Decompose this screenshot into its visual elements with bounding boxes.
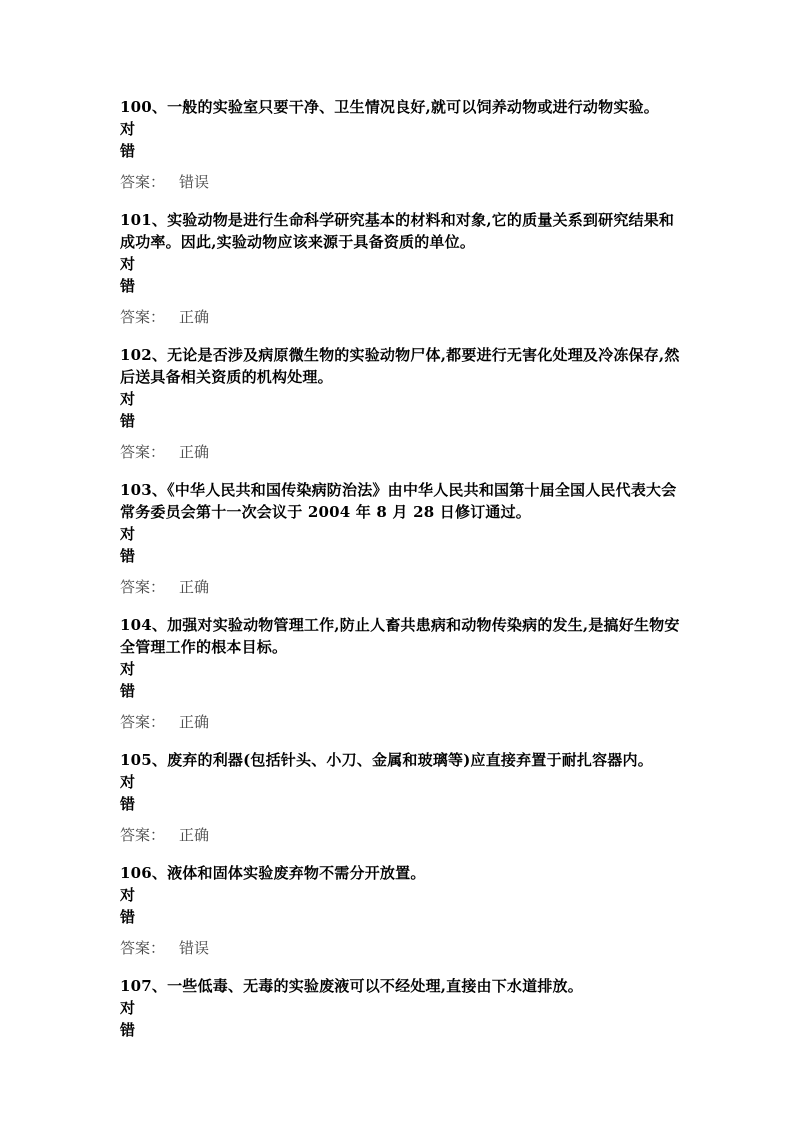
question-106: 106、液体和固体实验废弃物不需分开放置。 对 错 答案：错误 bbox=[120, 862, 680, 959]
document-page: 100、一般的实验室只要干净、卫生情况良好,就可以饲养动物或进行动物实验。 对 … bbox=[120, 96, 680, 1041]
option-false: 错 bbox=[120, 793, 680, 815]
question-103: 103、《中华人民共和国传染病防治法》由中华人民共和国第十届全国人民代表大会常务… bbox=[120, 479, 680, 598]
option-false: 错 bbox=[120, 906, 680, 928]
question-text: 103、《中华人民共和国传染病防治法》由中华人民共和国第十届全国人民代表大会常务… bbox=[120, 479, 680, 523]
answer-value: 错误 bbox=[179, 939, 209, 957]
question-text: 101、实验动物是进行生命科学研究基本的材料和对象,它的质量关系到研究结果和成功… bbox=[120, 209, 680, 253]
option-true: 对 bbox=[120, 771, 680, 793]
question-105: 105、废弃的利器(包括针头、小刀、金属和玻璃等)应直接弃置于耐扎容器内。 对 … bbox=[120, 749, 680, 846]
option-true: 对 bbox=[120, 523, 680, 545]
option-true: 对 bbox=[120, 658, 680, 680]
answer-line: 答案：正确 bbox=[120, 306, 680, 328]
option-false: 错 bbox=[120, 140, 680, 162]
option-false: 错 bbox=[120, 680, 680, 702]
question-107: 107、一些低毒、无毒的实验废液可以不经处理,直接由下水道排放。 对 错 bbox=[120, 975, 680, 1041]
question-104: 104、加强对实验动物管理工作,防止人畜共患病和动物传染病的发生,是搞好生物安全… bbox=[120, 614, 680, 733]
answer-label: 答案： bbox=[120, 939, 165, 957]
option-true: 对 bbox=[120, 997, 680, 1019]
option-false: 错 bbox=[120, 545, 680, 567]
answer-line: 答案：正确 bbox=[120, 576, 680, 598]
question-text: 106、液体和固体实验废弃物不需分开放置。 bbox=[120, 862, 680, 884]
question-100: 100、一般的实验室只要干净、卫生情况良好,就可以饲养动物或进行动物实验。 对 … bbox=[120, 96, 680, 193]
answer-value: 正确 bbox=[179, 578, 209, 596]
answer-label: 答案： bbox=[120, 443, 165, 461]
answer-label: 答案： bbox=[120, 826, 165, 844]
option-true: 对 bbox=[120, 118, 680, 140]
question-102: 102、无论是否涉及病原微生物的实验动物尸体,都要进行无害化处理及冷冻保存,然后… bbox=[120, 344, 680, 463]
answer-line: 答案：正确 bbox=[120, 824, 680, 846]
option-false: 错 bbox=[120, 1019, 680, 1041]
answer-value: 正确 bbox=[179, 826, 209, 844]
answer-line: 答案：错误 bbox=[120, 937, 680, 959]
question-text: 102、无论是否涉及病原微生物的实验动物尸体,都要进行无害化处理及冷冻保存,然后… bbox=[120, 344, 680, 388]
option-false: 错 bbox=[120, 275, 680, 297]
answer-label: 答案： bbox=[120, 578, 165, 596]
option-true: 对 bbox=[120, 253, 680, 275]
question-text: 105、废弃的利器(包括针头、小刀、金属和玻璃等)应直接弃置于耐扎容器内。 bbox=[120, 749, 680, 771]
option-false: 错 bbox=[120, 410, 680, 432]
answer-label: 答案： bbox=[120, 173, 165, 191]
answer-value: 正确 bbox=[179, 713, 209, 731]
answer-line: 答案：错误 bbox=[120, 171, 680, 193]
option-true: 对 bbox=[120, 884, 680, 906]
answer-value: 正确 bbox=[179, 443, 209, 461]
answer-line: 答案：正确 bbox=[120, 711, 680, 733]
answer-label: 答案： bbox=[120, 308, 165, 326]
question-text: 107、一些低毒、无毒的实验废液可以不经处理,直接由下水道排放。 bbox=[120, 975, 680, 997]
answer-line: 答案：正确 bbox=[120, 441, 680, 463]
answer-label: 答案： bbox=[120, 713, 165, 731]
answer-value: 正确 bbox=[179, 308, 209, 326]
question-101: 101、实验动物是进行生命科学研究基本的材料和对象,它的质量关系到研究结果和成功… bbox=[120, 209, 680, 328]
question-text: 100、一般的实验室只要干净、卫生情况良好,就可以饲养动物或进行动物实验。 bbox=[120, 96, 680, 118]
answer-value: 错误 bbox=[179, 173, 209, 191]
option-true: 对 bbox=[120, 388, 680, 410]
question-text: 104、加强对实验动物管理工作,防止人畜共患病和动物传染病的发生,是搞好生物安全… bbox=[120, 614, 680, 658]
